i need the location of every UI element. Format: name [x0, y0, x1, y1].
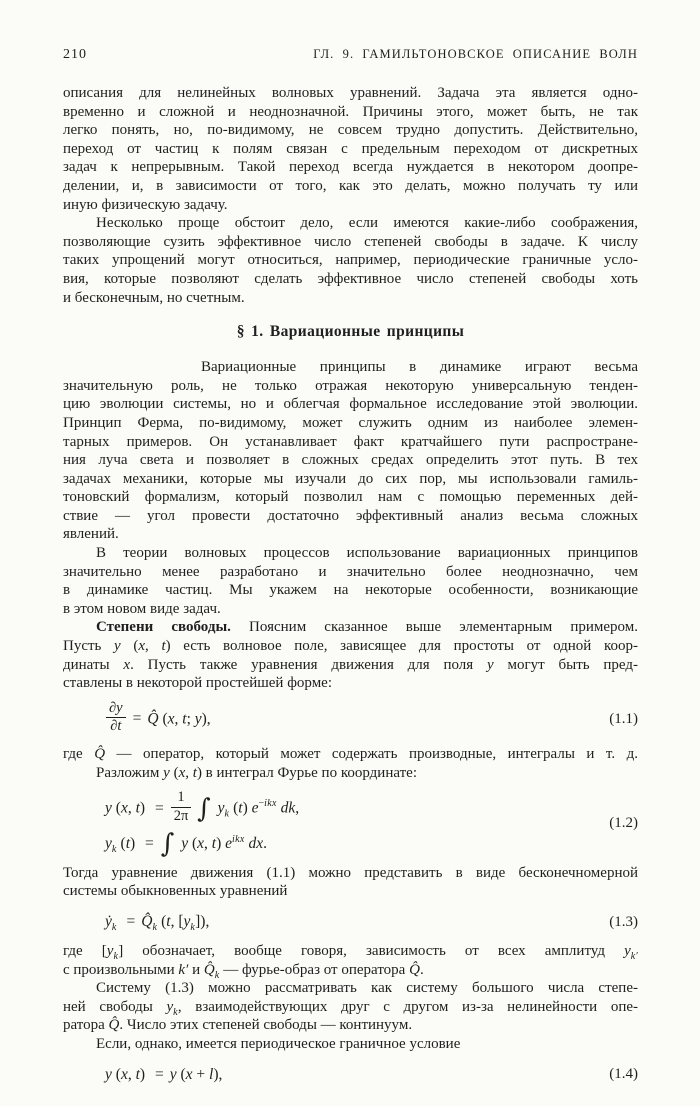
equation-number: (1.4) — [609, 1066, 638, 1083]
text-line: с произвольными k′ и Q̂k — фурье-образ о… — [63, 961, 638, 980]
text-line: описания для нелинейных волновых уравнен… — [63, 84, 638, 103]
book-page: 210 ГЛ. 9. ГАМИЛЬТОНОВСКОЕ ОПИСАНИЕ ВОЛН… — [0, 0, 700, 1106]
text-line: тарных примеров. Он устанавливает факт к… — [63, 433, 638, 452]
section-heading: § 1. Вариационные принципы — [63, 322, 638, 341]
equation-formula: ∂y∂t=Q̂ (x, t; y), — [63, 703, 211, 736]
text-line: временно и сложной и неоднозначной. Прич… — [63, 103, 638, 122]
paragraph-intro-continuation: описания для нелинейных волновых уравнен… — [63, 84, 638, 214]
text-line: в динамике частиц. Мы укажем на некоторы… — [63, 581, 638, 600]
equation-formula: y (x, t) =y (x + l), — [63, 1064, 222, 1086]
equation-number: (1.2) — [609, 815, 638, 832]
text-line: Систему (1.3) можно рассматривать как си… — [63, 979, 638, 998]
text-line: задачах механики, которые мы изучали до … — [63, 470, 638, 489]
text-line: задач к непрерывным. Такой переход всегд… — [63, 158, 638, 177]
text-line: ней свободы yk, взаимодействующих друг с… — [63, 998, 638, 1017]
equation-row: y (x, t) =y (x + l), — [105, 1064, 222, 1086]
text-line: Несколько проще обстоит дело, если имеют… — [63, 214, 638, 233]
paragraph-variational-principles: Вариационные принципы в динамике играют … — [63, 358, 638, 544]
text-line: где [yk] обозначает, вообще говоря, зави… — [63, 942, 638, 961]
equation-row: ẏk =Q̂k (t, [yk]), — [105, 911, 209, 933]
running-header: 210 ГЛ. 9. ГАМИЛЬТОНОВСКОЕ ОПИСАНИЕ ВОЛН — [63, 47, 638, 63]
text-line: значительно менее разработано и значител… — [63, 563, 638, 582]
page-body: описания для нелинейных волновых уравнен… — [63, 84, 638, 1086]
text-line: легко понять, но, по-видимому, не совсем… — [63, 121, 638, 140]
equation-row: y (x, t) =12π ∫ yk (t) e−ikx dk, — [105, 792, 299, 825]
text-line: динаты x. Пусть также уравнения движения… — [63, 656, 638, 675]
paragraph-wave-theory: В теории волновых процессов использовани… — [63, 544, 638, 618]
equation-1.4: y (x, t) =y (x + l),(1.4) — [63, 1064, 638, 1086]
text-line: таких упрощений могут относиться, наприм… — [63, 251, 638, 270]
equation-row: ∂y∂t=Q̂ (x, t; y), — [105, 703, 211, 736]
text-line: и бесконечным, но счетным. — [63, 289, 638, 308]
paragraph-system-continuum: Систему (1.3) можно рассматривать как си… — [63, 979, 638, 1035]
text-line: В теории волновых процессов использовани… — [63, 544, 638, 563]
text-line: ния луча света и позволяет в сложных сре… — [63, 451, 638, 470]
text-line: Тогда уравнение движения (1.1) можно пре… — [63, 864, 638, 883]
text-line: вия, которые позволяют сделать эффективн… — [63, 270, 638, 289]
paragraph-yk-meaning: где [yk] обозначает, вообще говоря, зави… — [63, 942, 638, 979]
text-line: цию эволюции системы, но и облегчая форм… — [63, 395, 638, 414]
equation-number: (1.1) — [609, 711, 638, 728]
text-line: Разложим y (x, t) в интеграл Фурье по ко… — [63, 764, 638, 783]
text-line: в этом новом виде задач. — [63, 600, 638, 619]
equation-formula: y (x, t) =12π ∫ yk (t) e−ikx dk,yk (t) =… — [63, 792, 299, 854]
paragraph-then-equation: Тогда уравнение движения (1.1) можно пре… — [63, 864, 638, 901]
text-line: значительную роль, не только отражая нек… — [63, 377, 638, 396]
text-line: иную физическую задачу. — [63, 196, 638, 215]
equation-1.3: ẏk =Q̂k (t, [yk]),(1.3) — [63, 911, 638, 933]
paragraph-operator-note: где Q̂ — оператор, который может содержа… — [63, 745, 638, 764]
paragraph-degrees-of-freedom: Степени свободы. Поясним сказанное выше … — [63, 618, 638, 692]
paragraph-periodic-condition: Если, однако, имеется периодическое гран… — [63, 1035, 638, 1054]
text-line: тоновский формализм, который позволил на… — [63, 488, 638, 507]
text-line: переход от частиц к полям связан с преде… — [63, 140, 638, 159]
text-line: ствие — угол провести достаточно эффекти… — [63, 507, 638, 526]
text-line: системы обыкновенных уравнений — [63, 882, 638, 901]
text-line: Пусть y (x, t) есть волновое поле, завис… — [63, 637, 638, 656]
paragraph-simplifications: Несколько проще обстоит дело, если имеют… — [63, 214, 638, 307]
equation-formula: ẏk =Q̂k (t, [yk]), — [63, 911, 209, 933]
paragraph-fourier-intro: Разложим y (x, t) в интеграл Фурье по ко… — [63, 764, 638, 783]
text-line: явлений. — [63, 525, 638, 544]
text-line: делении, и, в зависимости от того, как э… — [63, 177, 638, 196]
text-line: позволяющие сузить эффективное число сте… — [63, 233, 638, 252]
text-line: Принцип Ферма, по-видимому, может служит… — [63, 414, 638, 433]
equation-row: yk (t) =∫ y (x, t) eikx dx. — [105, 833, 299, 855]
page-number: 210 — [63, 47, 87, 63]
running-head-title: ГЛ. 9. ГАМИЛЬТОНОВСКОЕ ОПИСАНИЕ ВОЛН — [313, 47, 638, 62]
text-line: Вариационные принципы в динамике играют … — [63, 358, 638, 377]
text-line: ратора Q̂. Число этих степеней свободы —… — [63, 1016, 638, 1035]
equation-1.1: ∂y∂t=Q̂ (x, t; y),(1.1) — [63, 703, 638, 736]
equation-1.2: y (x, t) =12π ∫ yk (t) e−ikx dk,yk (t) =… — [63, 792, 638, 854]
text-line: ставлены в некоторой простейшей форме: — [63, 674, 638, 693]
equation-number: (1.3) — [609, 914, 638, 931]
text-line: где Q̂ — оператор, который может содержа… — [63, 745, 638, 764]
text-line: Если, однако, имеется периодическое гран… — [63, 1035, 638, 1054]
text-line: Степени свободы. Поясним сказанное выше … — [63, 618, 638, 637]
